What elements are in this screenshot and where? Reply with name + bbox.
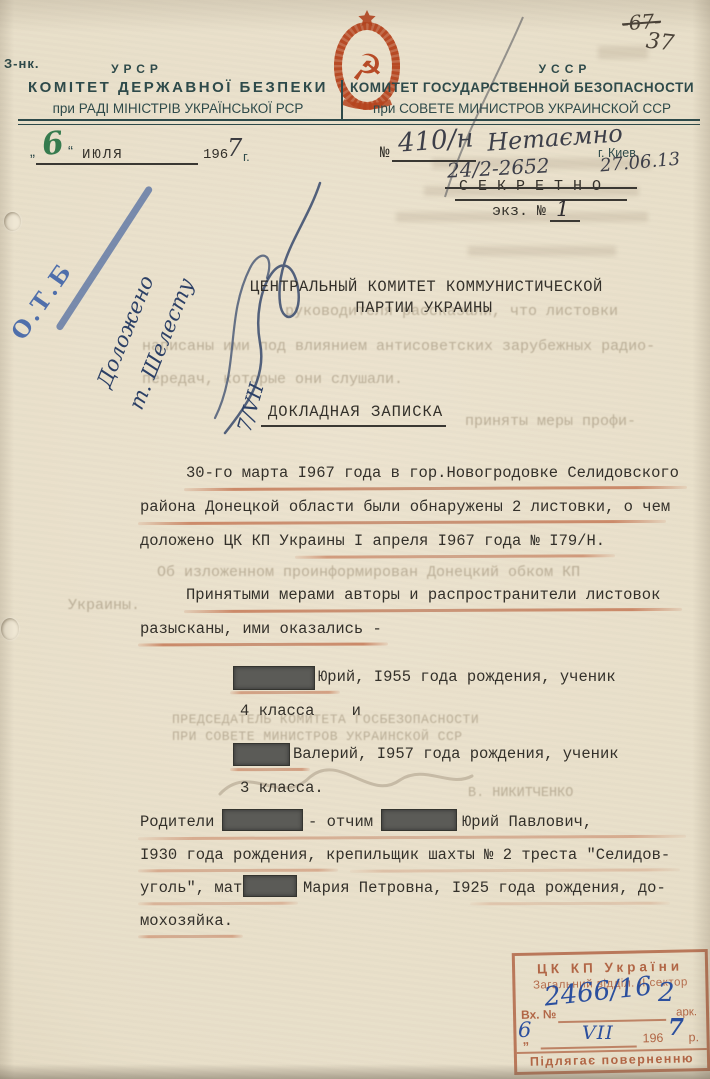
date-year-typed: 196 [203,145,228,165]
recipient-line1: ЦЕНТРАЛЬНЫЙ КОМИТЕТ КОММУНИСТИЧЕСКОЙ [250,277,598,297]
stamp-month-handwritten: VII [582,1022,614,1044]
redaction-box [233,666,315,690]
copy-number-handwritten: 1 [556,197,569,221]
body-line: - отчим [308,812,373,832]
red-pencil-underline [138,520,666,525]
stamp-sheets-handwritten: 2 [658,978,675,1008]
copy-number-underline [550,220,580,222]
red-pencil-underline [184,608,682,613]
body-line: разысканы, ими оказались - [140,619,382,639]
letterhead-left-republic: УРСР [92,62,182,76]
pen-stroke [435,12,535,207]
regnum-label: № [380,143,390,163]
red-pencil-underline [295,554,615,558]
date-underline [36,163,198,165]
date-month: ИЮЛЯ [82,145,124,165]
letterhead-left-subline: при РАДІ МІНІСТРІВ УКРАЇНСЬКОЇ РСР [18,101,338,116]
stamp-return-note: Підлягає поверненню [517,1051,707,1069]
body-line: Мария Петровна, I925 года рождения, до- [303,878,666,898]
date-day-handwritten: 6 [40,125,66,164]
body-line: I930 года рождения, крепильщик шахты № 2… [140,845,670,865]
document-photo: руководителя рассказали, что листовки на… [0,0,710,1079]
red-pencil-underline [470,902,670,906]
bleedthrough-line: ПРИ СОВЕТЕ МИНИСТРОВ УКРАИНСКОЙ ССР [172,729,463,744]
body-line: Родители [140,812,214,832]
punch-hole [1,618,19,640]
redaction-box [381,809,457,831]
date-year-handwritten: 7 [227,134,242,162]
body-line: Валерий, I957 года рождения, ученик [293,744,619,764]
recipient-line2: ПАРТИИ УКРАИНЫ [250,298,598,318]
stamp-org: ЦК КП України [515,958,705,977]
red-pencil-underline [350,868,680,872]
body-line: Принятыми мерами авторы и распространите… [186,585,660,605]
body-line: 3 класса. [240,778,324,798]
body-line: Юрий, I955 года рождения, ученик [318,667,616,687]
red-pencil-underline [184,486,687,491]
redaction-box [222,809,303,831]
body-line: доложено ЦК КП Украины I апреля I967 год… [140,531,605,551]
letterhead-column-divider [341,80,343,120]
redaction-box [243,875,297,897]
dept-corner-note: З-нк. [4,56,39,71]
red-pencil-underline [138,642,388,646]
document-title-underline [261,425,446,427]
folio-number: 37 [645,29,675,57]
letterhead-left-committee: КОМІТЕТ ДЕРЖАВНОЇ БЕЗПЕКИ [18,79,338,96]
bleedthrough-line: Об изложенном проинформирован Донецкий о… [157,564,580,581]
otb-mark-handwritten: О.Т.Б [6,258,78,345]
ukrainian-ssr-emblem-icon: ☭ [325,8,410,112]
body-line: 30-го марта I967 года в гор.Новогродовке… [186,463,679,483]
date-year-suffix: г. [243,149,250,164]
body-line: 4 класса и [240,701,361,721]
bleedthrough-line: приняты меры профи- [465,413,636,430]
document-title: ДОКЛАДНАЯ ЗАПИСКА [268,402,443,422]
body-line: района Донецкой области были обнаружены … [140,497,670,517]
red-pencil-underline [138,902,298,906]
stamp-year-suffix: р. [688,1030,699,1044]
date-quote-close: “ [68,143,73,160]
body-line: уголь", мать [140,878,252,898]
bleedthrough-blur [468,246,616,256]
punch-hole [4,212,21,231]
stamp-date-underline [541,1045,637,1049]
body-line: мохозяйка. [140,911,233,931]
bleedthrough-blur [598,46,648,59]
stamp-year-handwritten: 7 [668,1014,684,1041]
stamp-day-handwritten: 6 [518,1018,531,1042]
registration-stamp: ЦК КП України Загальний відділ. II секто… [512,949,710,1075]
bleedthrough-line: Украины. [68,597,140,614]
red-pencil-underline [230,691,340,694]
bleedthrough-line: В. НИКИТЧЕНКО [468,786,573,801]
stamp-year-typed: 196 [642,1031,663,1045]
redaction-box [233,743,290,766]
red-pencil-underline [138,835,686,840]
body-line: Юрий Павлович, [462,812,592,832]
date-quote-open: „ [30,143,35,160]
red-pencil-underline [138,869,338,873]
red-pencil-underline [230,768,310,771]
red-pencil-underline [138,935,243,938]
